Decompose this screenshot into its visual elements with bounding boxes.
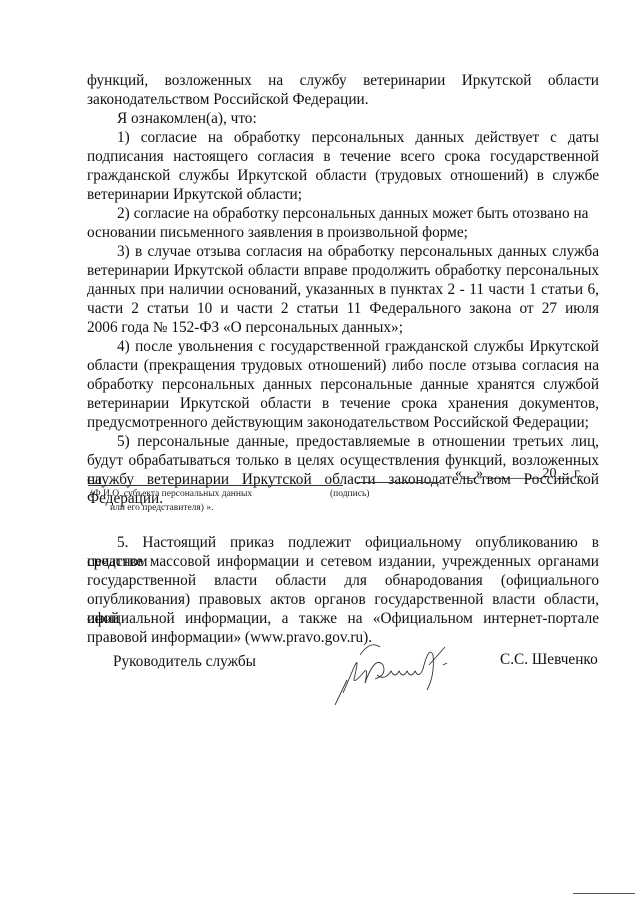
item-1-line-3: гражданской службы Иркутской области (тр… — [87, 167, 599, 186]
caption-name-line-2: или его представителя) ». — [110, 502, 213, 514]
acknowledged-header: Я ознакомлен(а), что: — [87, 110, 599, 129]
page-bottom-line — [573, 893, 635, 894]
item-5-line-1: 5) персональные данные, предоставляемые … — [87, 433, 599, 452]
section5-line-2: средстве массовой информации и сетевом и… — [87, 553, 599, 572]
item-1-line-2: подписания настоящего согласия в течение… — [87, 148, 599, 167]
position-title: Руководитель службы — [113, 653, 313, 672]
item-4-line-2: области (прекращения трудовых отношений)… — [87, 357, 599, 376]
intro-line-1: функций, возложенных на службу ветеринар… — [87, 72, 599, 91]
item-4-line-1: 4) после увольнения с государственной гр… — [87, 338, 599, 357]
section5-line-3: государственной власти области для обнар… — [87, 572, 599, 591]
item-4-line-3: обработку персональных данных персональн… — [87, 376, 599, 395]
item-1-line-1: 1) согласие на обработку персональных да… — [87, 129, 599, 148]
date-field: «__» ________20__ г. — [455, 466, 582, 482]
item-3-line-1: 3) в случае отзыва согласия на обработку… — [87, 243, 599, 262]
handwritten-signature-icon — [325, 635, 475, 710]
item-2-line-1: 2) согласие на обработку персональных да… — [87, 205, 599, 224]
item-4-line-4: ветеринарии Иркутской области в течение … — [87, 395, 599, 414]
item-3-line-5: 2006 года № 152-ФЗ «О персональных данны… — [87, 319, 599, 338]
caption-name-line-1: (Ф.И.О. субъекта персональных данных — [90, 488, 252, 500]
caption-signature: (подпись) — [330, 488, 369, 500]
section5-line-5: официальной информации, а также на «Офиц… — [87, 610, 599, 629]
item-3-line-2: ветеринарии Иркутской области вправе про… — [87, 262, 599, 281]
signatory-name: С.С. Шевченко — [500, 651, 610, 670]
signature-line — [357, 482, 439, 483]
item-3-line-3: данных при наличии оснований, указанных … — [87, 281, 599, 300]
intro-line-2: законодательством Российской Федерации. — [87, 91, 599, 110]
name-signature-line — [88, 485, 343, 486]
item-3-line-4: части 2 статьи 10 и части 2 статьи 11 Фе… — [87, 300, 599, 319]
item-4-line-5: предусмотренного действующим законодател… — [87, 414, 599, 433]
item-1-line-4: ветеринарии Иркутской области; — [87, 186, 599, 205]
item-2-line-2: основании письменного заявления в произв… — [87, 224, 599, 243]
